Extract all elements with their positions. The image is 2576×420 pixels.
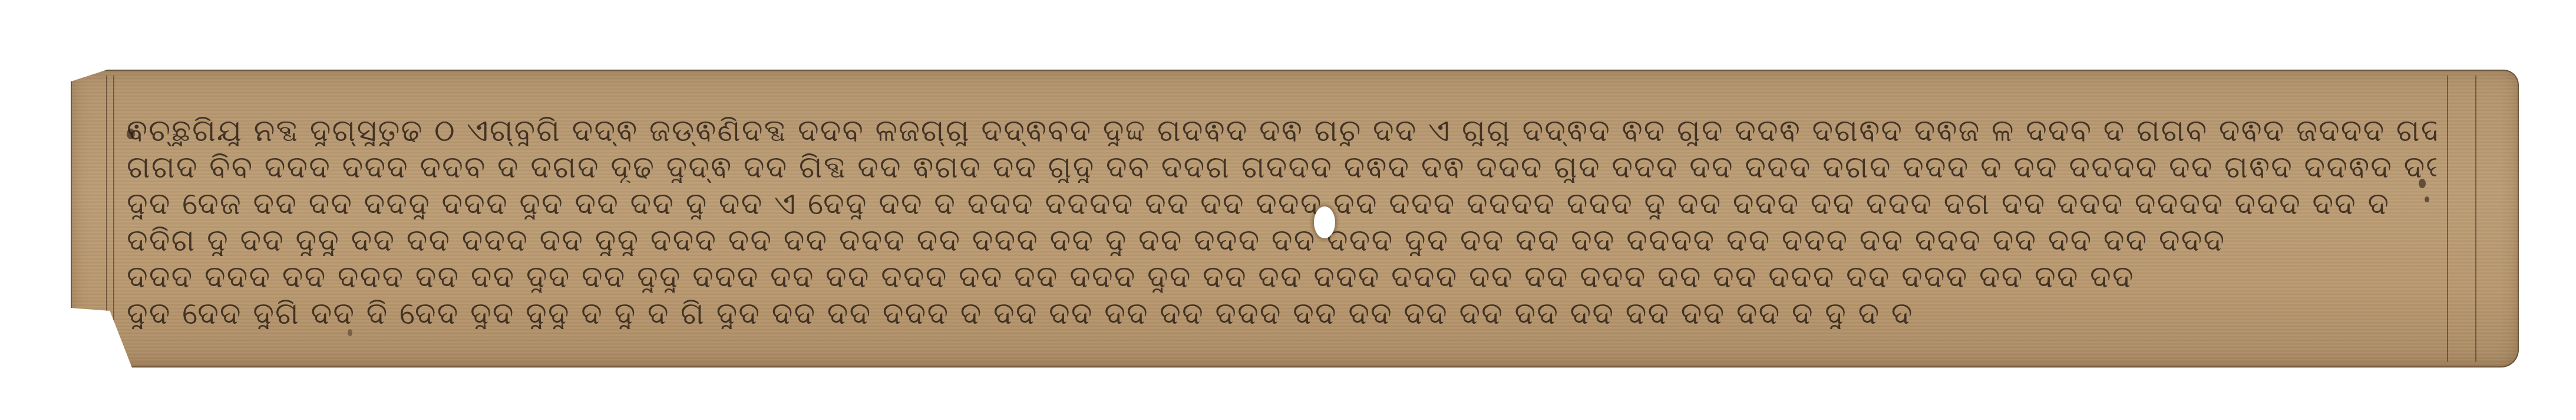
- manuscript-line: ଵଚ୍ଛୁଗିଯୁ ନବ୍ଦ ଦୁଗ୍ସୁତୁଢ ଠ ଏଗ୍ବୁଗି ଦଦ୍ଵ …: [127, 116, 2436, 146]
- manuscript-line: ଗଗଦ ବିବ ଦଦଦ ଦଦଦ ଦଦବ ଦ ଦଗଦ ଦୃଢ ଦୁଦ୍ଵ ଦଦ ଗ…: [127, 152, 2436, 183]
- left-margin-rule: [106, 76, 107, 362]
- palm-leaf-folio: ଵଚ୍ଛୁଗିଯୁ ନବ୍ଦ ଦୁଗ୍ସୁତୁଢ ଠ ଏଗ୍ବୁଗି ଦଦ୍ଵ …: [71, 70, 2519, 367]
- right-margin-rule: [2447, 76, 2448, 362]
- manuscript-line: ଦୁଦ ଦେଜ ଦଦ ଦଦ ଦଦଦୁ ଦଦଦ ଦୁଦ ଦଦ ଦଦ ଦୁ ଦଦ ଏ…: [127, 189, 2436, 219]
- ink-stain: [2419, 179, 2426, 188]
- string-hole: [1314, 206, 1335, 238]
- manuscript-line: ଦୁଦ ଦେଦ ଦୁଗି ଦଦ ଦି ଦେଦ ଦୁଦ ଦୁଦୁ ଦ ଦୁ ଦ ଗ…: [127, 298, 2436, 329]
- right-margin-rule-outer: [2475, 76, 2476, 362]
- manuscript-line: ଦଦଦ ଦଦଦ ଦଦ ଦଦଦ ଦଦ ଦଦ ଦୁଦ ଦଦ ଦୁଦୁ ଦଦଦ ଦଦ …: [127, 262, 2436, 293]
- ink-stain: [348, 329, 352, 336]
- ink-stain: [2425, 196, 2429, 202]
- manuscript-text: ଵଚ୍ଛୁଗିଯୁ ନବ୍ଦ ଦୁଗ୍ସୁତୁଢ ଠ ଏଗ୍ବୁଗି ଦଦ୍ଵ …: [127, 116, 2436, 329]
- manuscript-line: ଦଦିଗ ଦୁ ଦଦ ଦୁଦୁ ଦଦ ଦଦ ଦଦଦ ଦଦ ଦୁଦୁ ଦଦଦ ଦଦ…: [127, 225, 2436, 256]
- ink-stain: [127, 129, 135, 139]
- left-margin-rule-inner: [113, 76, 114, 362]
